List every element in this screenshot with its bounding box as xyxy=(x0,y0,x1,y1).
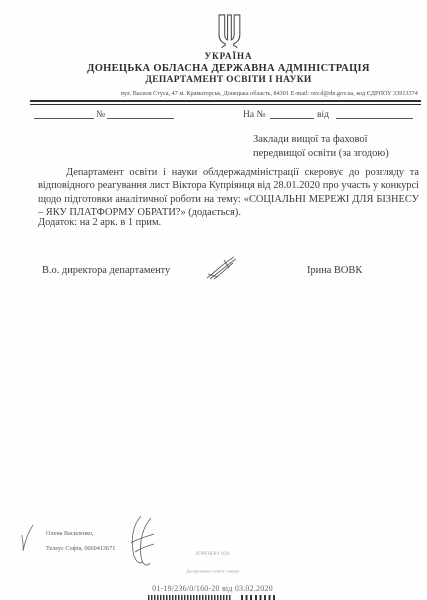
executor-checkmark-icon xyxy=(20,523,36,555)
letterhead-divider xyxy=(30,100,421,105)
barcode xyxy=(148,595,278,600)
number-label: № xyxy=(96,110,105,120)
addressee-line2: передвищої освіти (за згодою) xyxy=(253,147,389,161)
department-name: ДЕПАРТАМЕНТ ОСВІТИ І НАУКИ xyxy=(30,75,427,85)
addressee-line1: Заклади вищої та фахової xyxy=(253,133,389,147)
date-blank-line xyxy=(34,109,94,119)
stamp-number-and-date: 01-19/236/0/160-20 від 03.02.2020 xyxy=(130,584,295,593)
signer-name: Ірина ВОВК xyxy=(307,265,362,276)
signer-position: В.о. директора департаменту xyxy=(42,265,170,276)
executor-line1: Олена Василенко, xyxy=(46,529,115,538)
attachment-note: Додаток: на 2 арк. в 1 прим. xyxy=(38,217,161,228)
registration-stamp: ДОНЕЦЬКА ОДА Департамент освіти і науки … xyxy=(130,546,295,600)
reply-date-label: від xyxy=(317,110,329,120)
ukraine-trident-emblem-icon xyxy=(214,14,243,48)
stamp-org-line2: Департамент освіти і науки xyxy=(186,569,239,572)
reply-date-blank-line xyxy=(336,109,413,119)
stamp-org-line1: ДОНЕЦЬКА ОДА xyxy=(195,551,230,554)
barcode-segment-2 xyxy=(241,595,278,600)
executor-line2: Телеус Софія, 0660413671 xyxy=(46,544,115,553)
body-paragraph: Департамент освіти і науки облдержадміні… xyxy=(38,166,419,219)
letterhead: УКРАЇНА ДОНЕЦЬКА ОБЛАСНА ДЕРЖАВНА АДМІНІ… xyxy=(30,14,427,103)
organization-name: ДОНЕЦЬКА ОБЛАСНА ДЕРЖАВНА АДМІНІСТРАЦІЯ xyxy=(30,63,427,74)
reply-number-blank-line xyxy=(270,109,314,119)
number-blank-line xyxy=(107,109,174,119)
reply-number-label: На № xyxy=(243,110,266,120)
barcode-segment-1 xyxy=(148,595,232,600)
signature-scribble-icon xyxy=(203,254,241,282)
scanned-letter-page: УКРАЇНА ДОНЕЦЬКА ОБЛАСНА ДЕРЖАВНА АДМІНІ… xyxy=(0,0,427,600)
barcode-gap xyxy=(232,595,241,600)
country-title: УКРАЇНА xyxy=(30,51,427,61)
address-line: вул. Василя Стуса, 47 м. Краматорськ, До… xyxy=(121,90,418,97)
addressee-block: Заклади вищої та фахової передвищої осві… xyxy=(253,133,389,161)
reference-line: № На № від xyxy=(0,109,427,121)
